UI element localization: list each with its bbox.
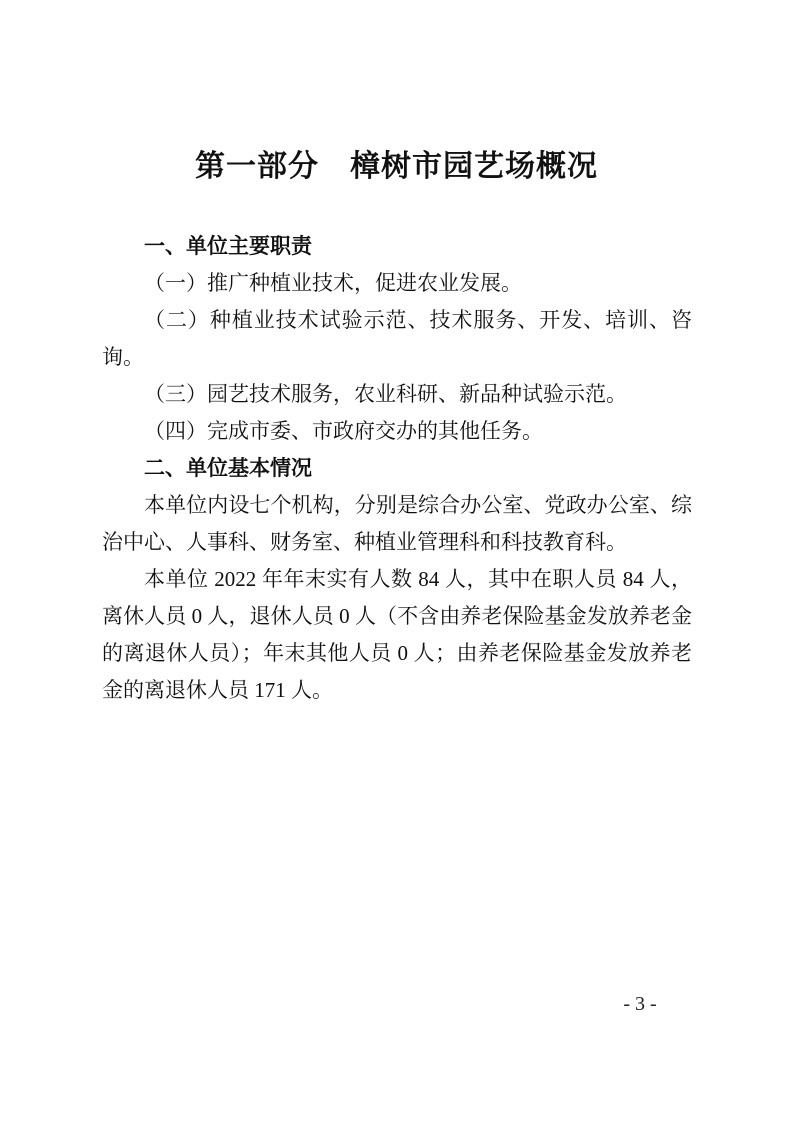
duty-item-3: （三）园艺技术服务，农业科研、新品种试验示范。	[102, 376, 692, 413]
section-heading-main-duties: 一、单位主要职责	[102, 228, 692, 265]
paragraph-internal-structure: 本单位内设七个机构，分别是综合办公室、党政办公室、综治中心、人事科、财务室、种植…	[102, 487, 692, 561]
section-heading-basic-situation: 二、单位基本情况	[102, 450, 692, 487]
page-title: 第一部分 樟树市园艺场概况	[0, 141, 793, 185]
document-body: 一、单位主要职责 （一）推广种植业技术，促进农业发展。 （二）种植业技术试验示范…	[102, 228, 692, 709]
duty-item-1: （一）推广种植业技术，促进农业发展。	[102, 265, 692, 302]
duty-item-4: （四）完成市委、市政府交办的其他任务。	[102, 413, 692, 450]
paragraph-staff-numbers: 本单位 2022 年年末实有人数 84 人，其中在职人员 84 人，离休人员 0…	[102, 561, 692, 709]
duty-item-2: （二）种植业技术试验示范、技术服务、开发、培训、咨询。	[102, 302, 692, 376]
page-number: - 3 -	[598, 993, 682, 1016]
document-page: 第一部分 樟树市园艺场概况 一、单位主要职责 （一）推广种植业技术，促进农业发展…	[0, 0, 793, 1122]
